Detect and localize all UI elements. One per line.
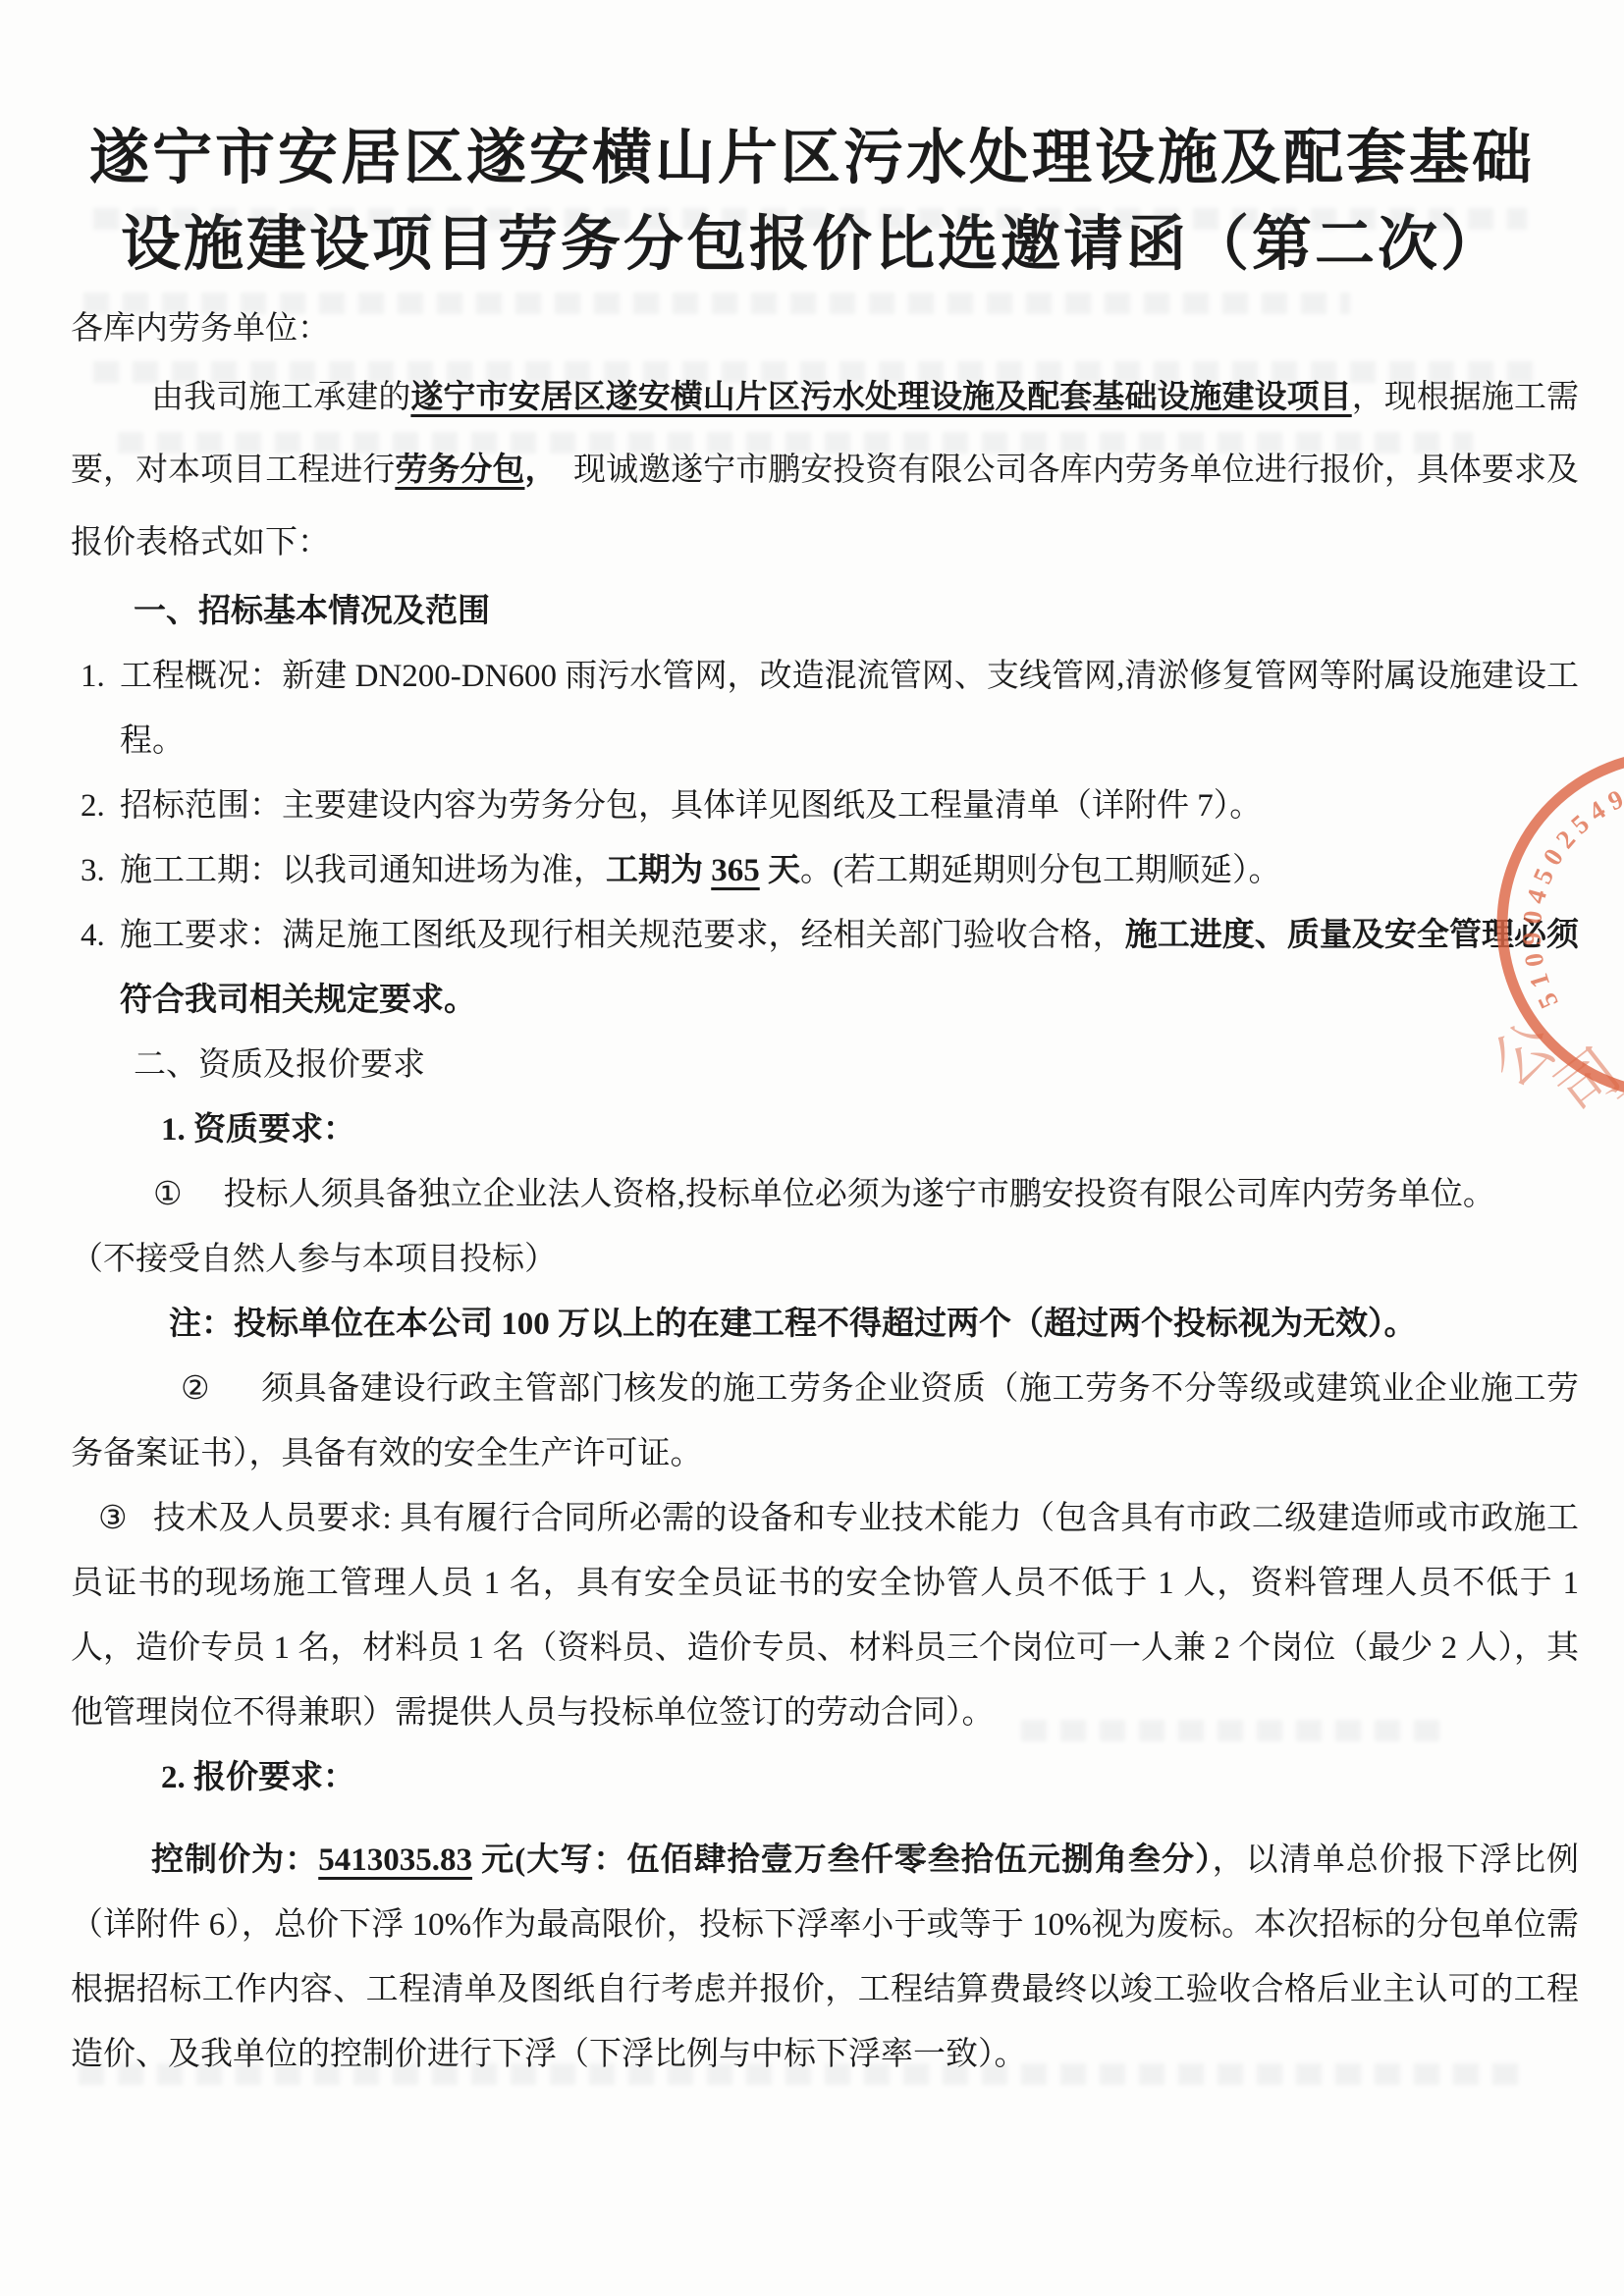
qualification-item-1: ①投标人须具备独立企业法人资格,投标单位必须为遂宁市鹏安投资有限公司库内劳务单位… — [71, 1162, 1579, 1292]
list-item-2-text: 招标范围：主要建设内容为劳务分包，具体详见图纸及工程量清单（详附件 7）。 — [120, 788, 1262, 824]
list-item-3-pre: 施工工期：以我司通知进场为准， — [120, 853, 606, 888]
list-item-3-number: 3. — [81, 838, 105, 903]
control-price-value: 5413035.83 — [318, 1842, 472, 1878]
title-line-1: 遂宁市安居区遂安横山片区污水处理设施及配套基础 — [39, 116, 1585, 202]
qualification-item-3: ③技术及人员要求: 具有履行合同所必需的设备和专业技术能力（包含具有市政二级建造… — [71, 1486, 1579, 1745]
seal-inner-char-3: 有 — [1607, 1053, 1624, 1121]
quote-paragraph: 控制价为：5413035.83 元(大写：伍佰肆拾壹万叁仟零叁拾伍元捌角叁分），… — [71, 1828, 1579, 2087]
qualification-heading: 1. 资质要求： — [71, 1097, 1579, 1162]
qualification-item-2: ②须具备建设行政主管部门核发的施工劳务企业资质（施工劳务不分等级或建筑业企业施工… — [71, 1357, 1579, 1486]
qualification-item-2-text: 须具备建设行政主管部门核发的施工劳务企业资质（施工劳务不分等级或建筑业企业施工劳… — [71, 1371, 1579, 1471]
quote-heading: 2. 报价要求： — [71, 1745, 1579, 1810]
qualification-note: 注：投标单位在本公司 100 万以上的在建工程不得超过两个（超过两个投标视为无效… — [71, 1292, 1579, 1357]
project-name: 遂宁市安居区遂安横山片区污水处理设施及配套基础设施建设项目 — [410, 380, 1351, 415]
qualification-item-1-text: 投标人须具备独立企业法人资格,投标单位必须为遂宁市鹏安投资有限公司库内劳务单位。 — [224, 1177, 1495, 1212]
duration-unit: 天 — [760, 853, 800, 888]
subcontract-term: 劳务分包 — [395, 453, 524, 488]
list-item-4: 4.施工要求：满足施工图纸及现行相关规范要求，经相关部门验收合格，施工进度、质量… — [71, 903, 1579, 1033]
circled-3: ③ — [98, 1501, 128, 1536]
qualification-item-1-note: （不接受自然人参与本项目投标） — [71, 1242, 557, 1277]
duration-days-value: 365 — [711, 853, 760, 888]
circled-2: ② — [181, 1371, 210, 1407]
section-1-heading: 一、招标基本情况及范围 — [71, 579, 1579, 644]
circled-1: ① — [153, 1177, 183, 1212]
list-item-1: 1.工程概况：新建 DN200-DN600 雨污水管网，改造混流管网、支线管网,… — [71, 644, 1579, 774]
intro-paragraph: 由我司施工承建的遂宁市安居区遂安横山片区污水处理设施及配套基础设施建设项目，现根… — [71, 361, 1579, 579]
duration-label: 工期为 — [606, 853, 711, 888]
list-item-1-text: 工程概况：新建 DN200-DN600 雨污水管网，改造混流管网、支线管网,清淤… — [120, 659, 1579, 759]
list-item-3-post: 。(若工期延期则分包工期顺延）。 — [800, 853, 1281, 888]
list-item-3: 3.施工工期：以我司通知进场为准，工期为 365 天。(若工期延期则分包工期顺延… — [71, 838, 1579, 903]
list-item-1-number: 1. — [81, 644, 105, 709]
list-item-2-number: 2. — [81, 774, 105, 838]
document-title: 遂宁市安居区遂安横山片区污水处理设施及配套基础 设施建设项目劳务分包报价比选邀请… — [39, 116, 1585, 289]
document-page: 遂宁市安居区遂安横山片区污水处理设施及配套基础 设施建设项目劳务分包报价比选邀请… — [0, 0, 1624, 2296]
qualification-item-3-text: 技术及人员要求: 具有履行合同所必需的设备和专业技术能力（包含具有市政二级建造师… — [71, 1501, 1579, 1731]
intro-pre: 由我司施工承建的 — [151, 380, 410, 415]
control-price-words: 元(大写：伍佰肆拾壹万叁仟零叁拾伍元捌角叁分） — [472, 1842, 1213, 1878]
list-item-4-pre: 施工要求：满足施工图纸及现行相关规范要求，经相关部门验收合格， — [120, 918, 1125, 953]
control-price-label: 控制价为： — [151, 1842, 318, 1878]
intro-comma: ， — [524, 453, 541, 488]
list-item-4-number: 4. — [81, 903, 105, 968]
section-2-heading: 二、资质及报价要求 — [71, 1033, 1579, 1097]
salutation: 各库内劳务单位： — [71, 296, 1579, 361]
list-item-2: 2.招标范围：主要建设内容为劳务分包，具体详见图纸及工程量清单（详附件 7）。 — [71, 774, 1579, 838]
document-body: 各库内劳务单位： 由我司施工承建的遂宁市安居区遂安横山片区污水处理设施及配套基础… — [71, 296, 1579, 2087]
title-line-2: 设施建设项目劳务分包报价比选邀请函（第二次） — [39, 202, 1585, 289]
